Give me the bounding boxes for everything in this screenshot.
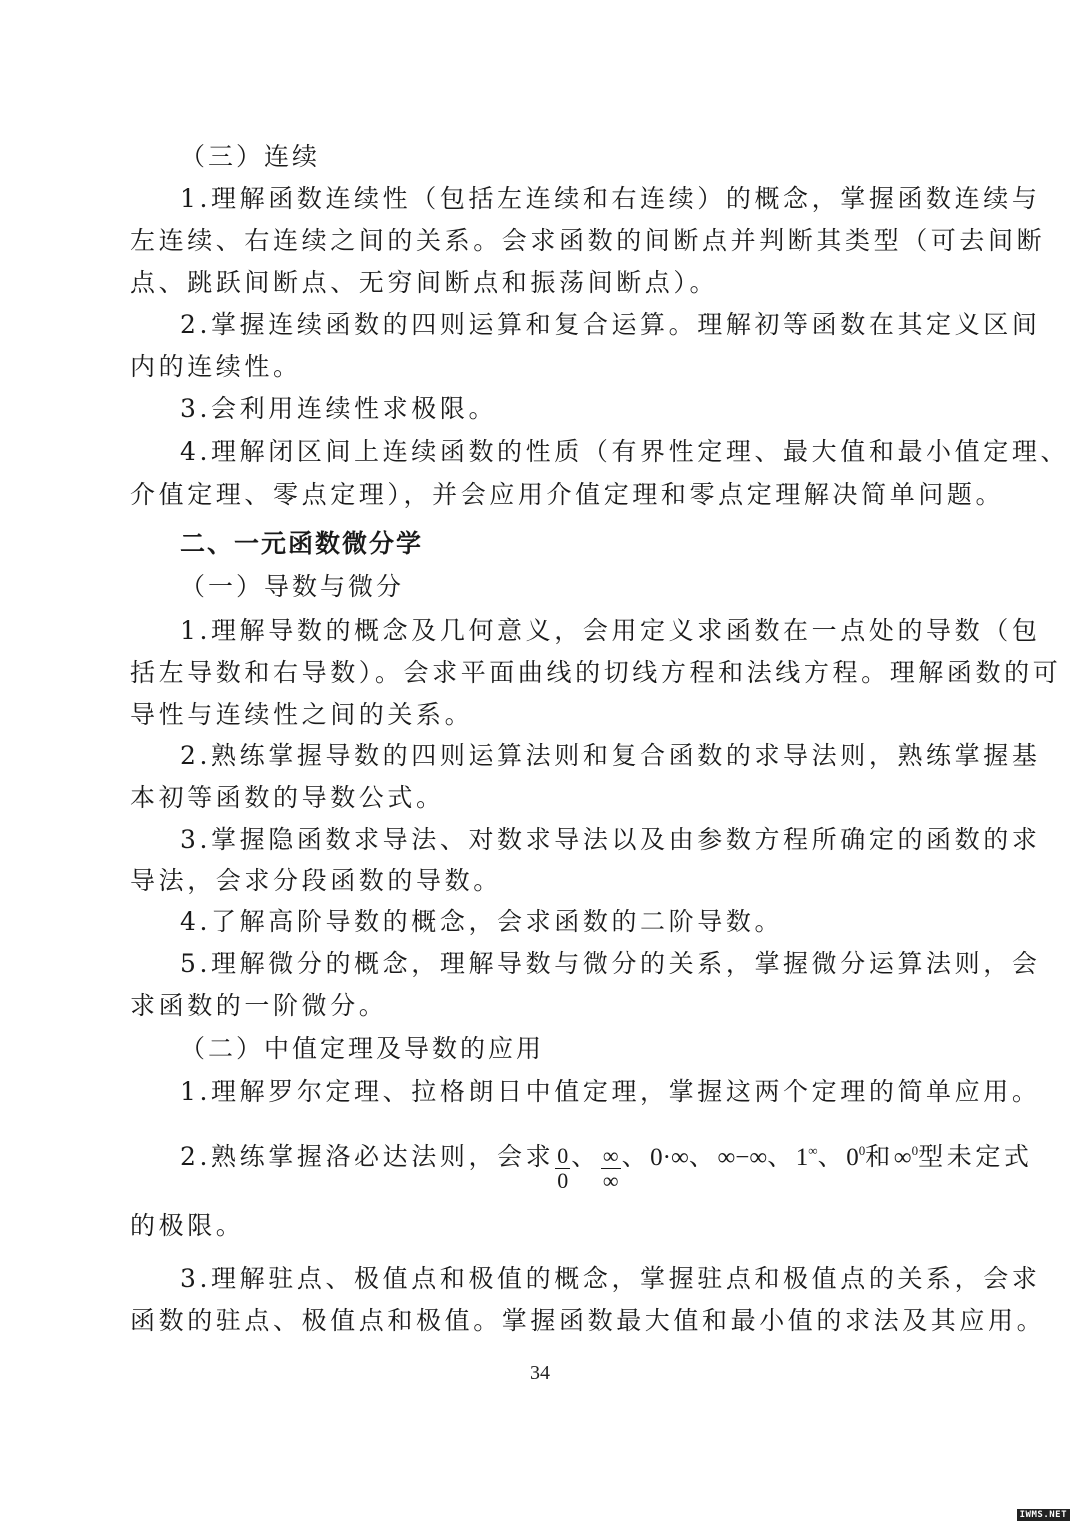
form-inf-minus-inf: ∞−∞ bbox=[717, 1144, 767, 1171]
chapter-heading-differential-calculus: 二、一元函数微分学 bbox=[180, 529, 423, 559]
paragraph-line: 2.掌握连续函数的四则运算和复合运算。理解初等函数在其定义区间 bbox=[180, 310, 1040, 340]
fraction-inf-over-inf: ∞∞ bbox=[601, 1144, 621, 1193]
form-zero-pow-zero: 00 bbox=[846, 1144, 865, 1171]
fraction-zero-over-zero: 00 bbox=[555, 1144, 570, 1193]
paragraph-line: 1.理解导数的概念及几何意义，会用定义求函数在一点处的导数（包 bbox=[180, 616, 1040, 646]
paragraph-line: 求函数的一阶微分。 bbox=[130, 991, 387, 1021]
paragraph-line: 导性与连续性之间的关系。 bbox=[130, 700, 473, 730]
paragraph-line: 括左导数和右导数）。会求平面曲线的切线方程和法线方程。理解函数的可 bbox=[130, 658, 1061, 688]
form-inf-pow-zero: ∞0 bbox=[894, 1144, 918, 1171]
document-page: （三）连续 1.理解函数连续性（包括左连续和右连续）的概念，掌握函数连续与 左连… bbox=[0, 0, 1080, 1527]
paragraph-line: 2.熟练掌握导数的四则运算法则和复合函数的求导法则，熟练掌握基 bbox=[180, 741, 1040, 771]
paragraph-line-lhopital: 2.熟练掌握洛必达法则，会求00、∞∞、0·∞、∞−∞、1∞、00和∞0型未定式 bbox=[180, 1134, 1033, 1183]
paragraph-line: 1.理解函数连续性（包括左连续和右连续）的概念，掌握函数连续与 bbox=[180, 184, 1040, 214]
paragraph-line: 函数的驻点、极值点和极值。掌握函数最大值和最小值的求法及其应用。 bbox=[130, 1306, 1045, 1336]
text-fragment: 2.熟练掌握洛必达法则，会求 bbox=[180, 1142, 554, 1171]
paragraph-line: 4.理解闭区间上连续函数的性质（有界性定理、最大值和最小值定理、 bbox=[180, 437, 1069, 467]
paragraph-line: 5.理解微分的概念，理解导数与微分的关系，掌握微分运算法则，会 bbox=[180, 949, 1040, 979]
subsection-heading-mean-value-theorem: （二）中值定理及导数的应用 bbox=[180, 1034, 544, 1064]
paragraph-line: 介值定理、零点定理），并会应用介值定理和零点定理解决简单问题。 bbox=[130, 480, 1004, 510]
subsection-heading-derivatives: （一）导数与微分 bbox=[180, 572, 404, 602]
paragraph-line: 1.理解罗尔定理、拉格朗日中值定理，掌握这两个定理的简单应用。 bbox=[180, 1077, 1040, 1107]
paragraph-line: 的极限。 bbox=[130, 1211, 244, 1241]
paragraph-line: 内的连续性。 bbox=[130, 352, 302, 382]
page-number: 34 bbox=[0, 1362, 1080, 1385]
section-heading-continuity: （三）连续 bbox=[180, 142, 320, 172]
paragraph-line: 点、跳跃间断点、无穷间断点和振荡间断点）。 bbox=[130, 268, 718, 298]
paragraph-line: 导法，会求分段函数的导数。 bbox=[130, 866, 502, 896]
form-one-pow-inf: 1∞ bbox=[796, 1144, 818, 1171]
form-zero-times-inf: 0·∞ bbox=[650, 1144, 689, 1171]
paragraph-line: 3.掌握隐函数求导法、对数求导法以及由参数方程所确定的函数的求 bbox=[180, 825, 1040, 855]
paragraph-line: 3.会利用连续性求极限。 bbox=[180, 394, 497, 424]
paragraph-line: 本初等函数的导数公式。 bbox=[130, 783, 445, 813]
paragraph-line: 3.理解驻点、极值点和极值的概念，掌握驻点和极值点的关系，会求 bbox=[180, 1264, 1040, 1294]
watermark-logo: IWMS.NET bbox=[1017, 1509, 1070, 1521]
paragraph-line: 4.了解高阶导数的概念，会求函数的二阶导数。 bbox=[180, 907, 783, 937]
paragraph-line: 左连续、右连续之间的关系。会求函数的间断点并判断其类型（可去间断 bbox=[130, 226, 1045, 256]
